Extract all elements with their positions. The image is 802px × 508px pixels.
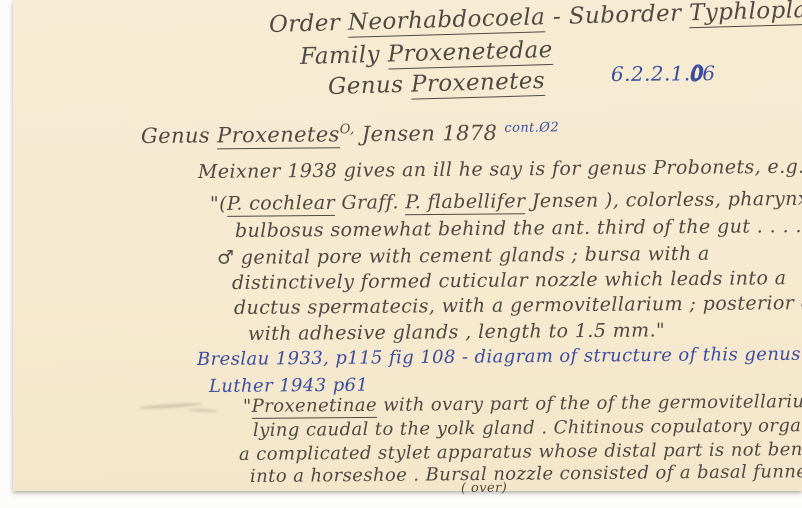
text-segment: lying caudal to the yolk gland . Chitino…	[253, 415, 802, 441]
quote1-line5: ductus spermatecis, with a germovitellar…	[234, 292, 802, 319]
quote1-line3: ♂ genital pore with cement glands ; burs…	[217, 243, 710, 269]
quote1-line6: with adhesive glands , length to 1.5 mm.…	[248, 319, 665, 345]
text-segment: with ovary part of the of the germovitel…	[377, 391, 802, 416]
text-segment: 0	[690, 61, 702, 85]
text-segment: Proxenetes	[217, 122, 340, 149]
header-family-line: Family Proxenetedae	[300, 37, 553, 70]
text-segment: Order	[269, 10, 349, 38]
text-segment: Proxenetedae	[387, 37, 553, 70]
text-segment: ( over)	[461, 481, 507, 496]
text-segment: Proxenetinae	[252, 395, 378, 419]
text-segment: P. cochlear	[227, 192, 335, 217]
scanned-page: Order Neorhabdocoela - Suborder Typhlopl…	[0, 0, 802, 508]
text-segment: ductus spermatecis, with a germovitellar…	[234, 292, 802, 319]
quote2-line2: lying caudal to the yolk gland . Chitino…	[253, 415, 802, 441]
breslau-reference: Breslau 1933, p115 fig 108 - diagram of …	[197, 344, 802, 370]
text-segment: Breslau 1933, p115 fig 108 - diagram of …	[197, 344, 802, 370]
text-segment: Family	[300, 42, 388, 70]
text-segment: cont.Ø2	[504, 120, 559, 135]
text-segment: Typhloplanoida	[689, 0, 802, 28]
text-segment: ♂ genital pore with cement glands ; burs…	[217, 243, 710, 269]
quote2-line1: "Proxenetinae with ovary part of the of …	[243, 391, 802, 417]
quote1-line2: bulbosus somewhat behind the ant. third …	[235, 215, 802, 242]
text-segment: Jensen 1878	[355, 121, 505, 146]
text-segment: bulbosus somewhat behind the ant. third …	[235, 215, 802, 242]
catalog-number: 6.2.2.1.06	[611, 61, 716, 86]
text-segment: Neorhabdocoela	[348, 4, 546, 38]
text-segment: distinctively formed cuticular nozzle wh…	[232, 267, 787, 294]
text-segment: Genus	[141, 123, 217, 148]
header-order-line: Order Neorhabdocoela - Suborder Typhlopl…	[269, 0, 802, 38]
text-segment: - Suborder	[545, 0, 690, 30]
text-segment: Proxenetes	[411, 68, 546, 100]
text-segment: Meixner 1938 gives an ill he say is for …	[198, 156, 802, 183]
pencil-smudge	[188, 408, 218, 412]
text-segment: "	[243, 396, 252, 417]
text-segment: Genus	[328, 72, 412, 100]
header-genus-line: Genus Proxenetes	[328, 68, 546, 100]
text-segment: with adhesive glands , length to 1.5 mm.…	[248, 319, 665, 345]
meixner-line: Meixner 1938 gives an ill he say is for …	[198, 156, 802, 183]
text-segment: 6.2.2.1.	[611, 61, 691, 86]
luther-reference: Luther 1943 p61	[209, 375, 368, 397]
quote1-line4: distinctively formed cuticular nozzle wh…	[232, 267, 787, 294]
genus-heading-line: Genus ProxenetesO, Jensen 1878 cont.Ø2	[141, 120, 559, 148]
text-segment: Jensen ), colorless, pharynx	[525, 188, 802, 212]
text-segment: O,	[340, 122, 355, 137]
index-card: Order Neorhabdocoela - Suborder Typhlopl…	[13, 0, 802, 491]
text-segment: 6	[702, 61, 715, 85]
text-segment: Graff.	[335, 191, 405, 214]
text-segment: into a horseshoe . Bursal nozzle consist…	[250, 461, 802, 487]
text-segment: Luther 1943 p61	[209, 375, 368, 397]
text-segment: "(	[210, 193, 227, 215]
over-note: ( over)	[461, 481, 507, 496]
text-segment: P. flabellifer	[405, 190, 525, 215]
quote1-line1: "(P. cochlear Graff. P. flabellifer Jens…	[210, 188, 802, 215]
quote2-line4: into a horseshoe . Bursal nozzle consist…	[250, 461, 802, 487]
